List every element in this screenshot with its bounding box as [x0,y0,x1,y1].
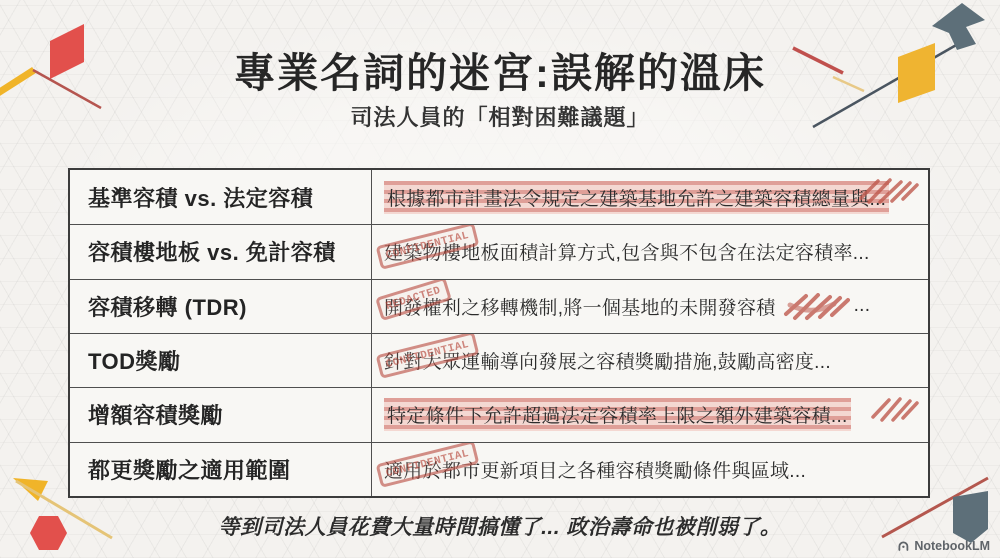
redacted-highlight-text: 特定條件下允許超過法定容積率上限之額外建築容積... [384,398,851,431]
terminology-table: 基準容積 vs. 法定容積 根據都市計畫法令規定之建築基地允許之建築容積總量與.… [68,168,930,498]
term-label: 都更獎勵之適用範圍 [88,454,291,485]
table-term-cell: 增額容積獎勵 [70,387,372,441]
table-term-cell: 容積移轉 (TDR) [70,279,372,333]
scribble-mark [858,176,920,206]
notebooklm-icon [897,540,910,553]
term-label: TOD獎勵 [88,345,181,376]
description-text: 開發權利之移轉機制,將一個基地的未開發容積 [384,293,776,320]
table-desc-cell: 特定條件下允許超過法定容積率上限之額外建築容積... [372,387,928,441]
term-label: 容積移轉 (TDR) [88,291,247,322]
table-desc-cell: 建築物樓地板面積計算方式,包含與不包含在法定容積率... CONFIDENTIA… [372,224,928,278]
term-label: 容積樓地板 vs. 免計容積 [88,236,336,267]
description-text: 針對大眾運輸導向發展之容積獎勵措施,鼓勵高密度... [384,347,831,374]
scribble-mark [870,394,920,424]
term-label: 基準容積 vs. 法定容積 [88,182,313,213]
table-desc-cell: 針對大眾運輸導向發展之容積獎勵措施,鼓勵高密度... CONFIDENTIAL [372,333,928,387]
table-term-cell: 都更獎勵之適用範圍 [70,442,372,496]
footer-quote: 等到司法人員花費大量時間搞懂了... 政治壽命也被削弱了。 [0,511,1000,541]
redacted-highlight-text: 根據都市計畫法令規定之建築基地允許之建築容積總量與... [384,181,889,214]
table-term-cell: TOD獎勵 [70,333,372,387]
table-desc-cell: 根據都市計畫法令規定之建築基地允許之建築容積總量與... [372,170,928,224]
table-term-cell: 基準容積 vs. 法定容積 [70,170,372,224]
table-desc-cell: 適用於都市更新項目之各種容積獎勵條件與區域... CONFIDENTIAL [372,442,928,496]
page-subtitle: 司法人員的「相對困難議題」 [0,101,1000,132]
description-ellipsis: ... [854,295,871,317]
watermark-label: NotebookLM [914,539,990,553]
description-text: 建築物樓地板面積計算方式,包含與不包含在法定容積率... [384,238,870,265]
notebooklm-watermark: NotebookLM [897,539,990,553]
term-label: 增額容積獎勵 [88,399,223,430]
table-desc-cell: 開發權利之移轉機制,將一個基地的未開發容積 ... REDACTED [372,279,928,333]
page-title: 專業名詞的迷宮:誤解的溫床 [0,40,1000,99]
table-term-cell: 容積樓地板 vs. 免計容積 [70,224,372,278]
description-text: 適用於都市更新項目之各種容積獎勵條件與區域... [384,456,806,483]
scribble-mark [782,290,852,322]
